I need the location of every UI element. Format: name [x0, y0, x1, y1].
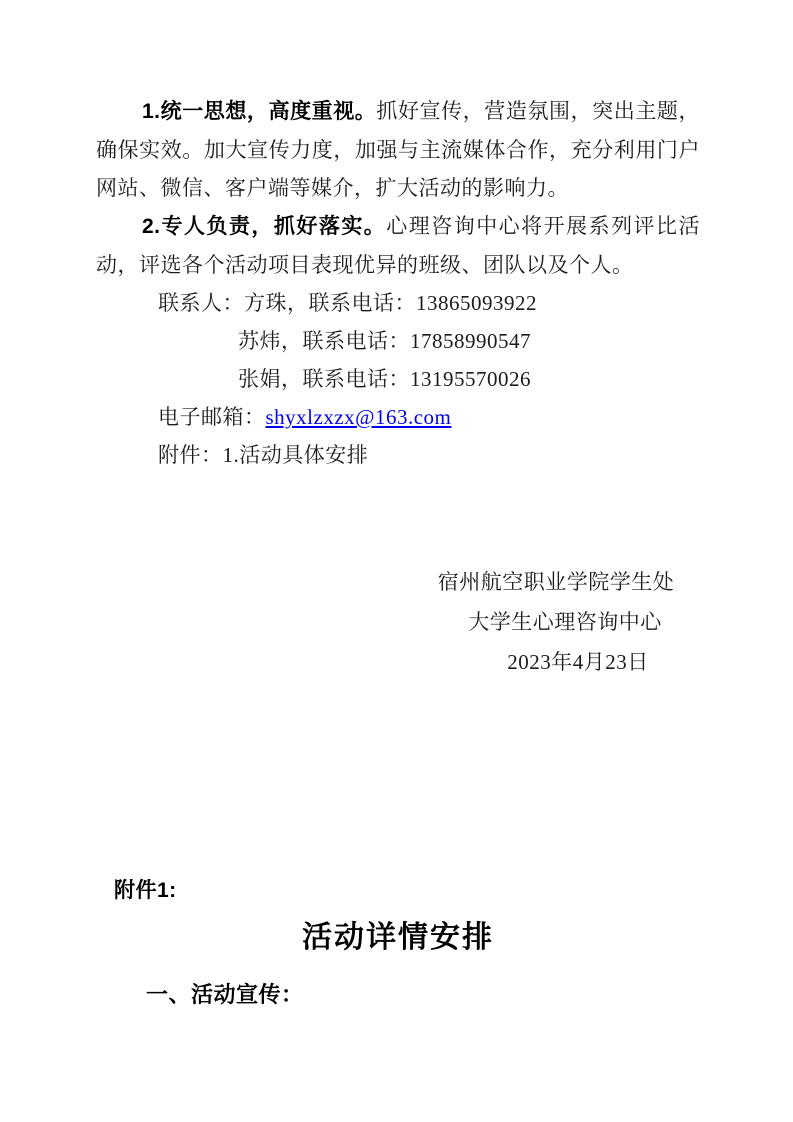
- appendix-label: 附件1:: [114, 872, 700, 910]
- email-link[interactable]: shyxlzxzx@163.com: [266, 405, 452, 429]
- signature-org-line-2: 大学生心理咨询中心: [416, 602, 696, 642]
- signature-org-line-1: 宿州航空职业学院学生处: [416, 562, 696, 602]
- paragraph-2: 2.专人负责，抓好落实。心理咨询中心将开展系列评比活动，评选各个活动项目表现优异…: [96, 207, 700, 284]
- paragraph-1-lead: 1.统一思想，高度重视。: [142, 100, 376, 123]
- contact-line-3: 张娟，联系电话：13195570026: [238, 360, 700, 398]
- signature-block: 宿州航空职业学院学生处 大学生心理咨询中心 2023年4月23日: [416, 562, 696, 682]
- email-line: 电子邮箱：shyxlzxzx@163.com: [158, 398, 700, 436]
- appendix-title: 活动详情安排: [96, 916, 700, 960]
- paragraph-2-lead: 2.专人负责，抓好落实。: [142, 215, 386, 238]
- contact-line-1: 联系人：方珠，联系电话：13865093922: [158, 284, 700, 322]
- section-heading-1: 一、活动宣传：: [146, 976, 700, 1014]
- signature-date: 2023年4月23日: [416, 642, 696, 682]
- attachment-note: 附件：1.活动具体安排: [158, 436, 700, 474]
- contact-line-2: 苏炜，联系电话：17858990547: [238, 322, 700, 360]
- email-label: 电子邮箱：: [158, 405, 266, 429]
- document-page: 1.统一思想，高度重视。抓好宣传，营造氛围，突出主题，确保实效。加大宣传力度，加…: [0, 0, 793, 1122]
- document-body: 1.统一思想，高度重视。抓好宣传，营造氛围，突出主题，确保实效。加大宣传力度，加…: [96, 92, 700, 1014]
- paragraph-1: 1.统一思想，高度重视。抓好宣传，营造氛围，突出主题，确保实效。加大宣传力度，加…: [96, 92, 700, 207]
